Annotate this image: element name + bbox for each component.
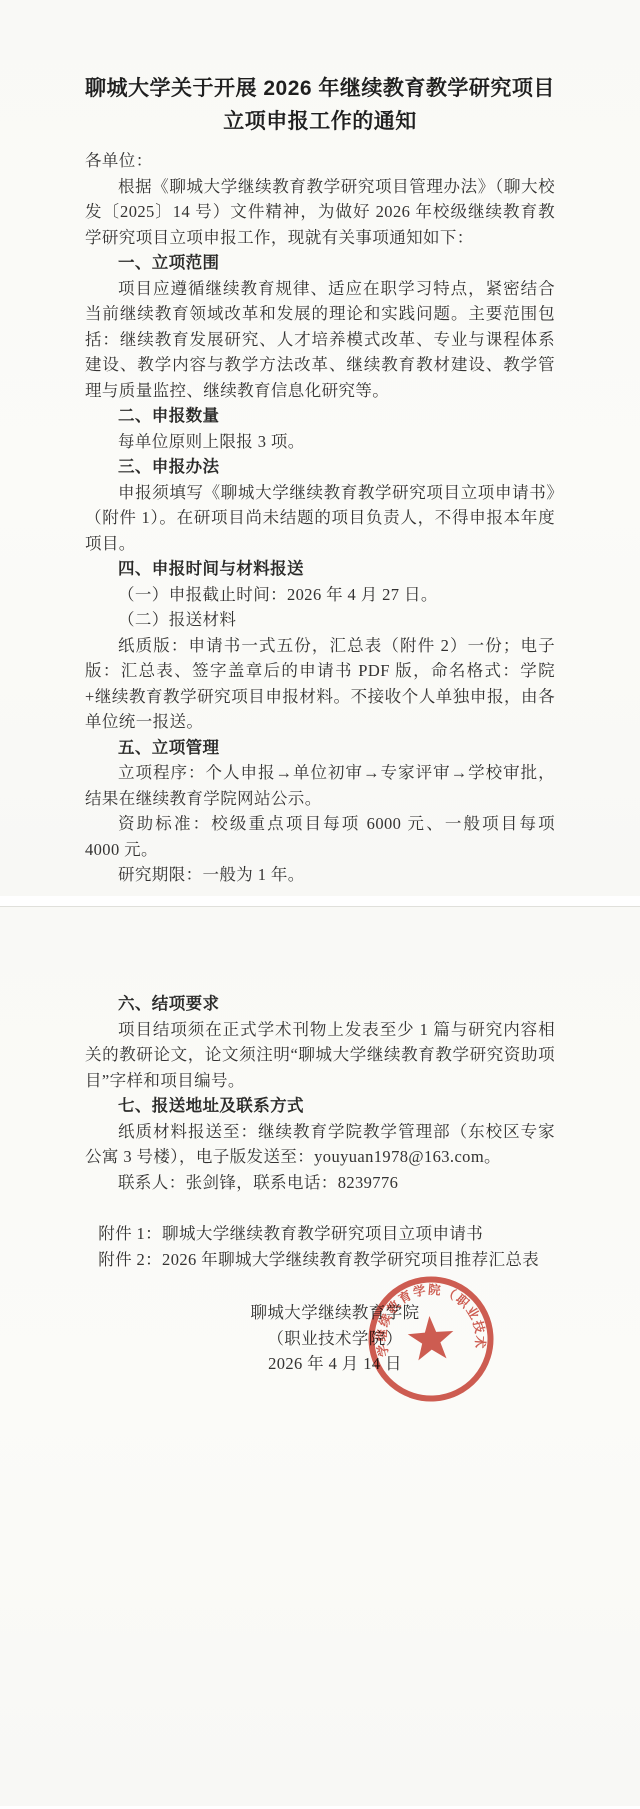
paragraph-intro: 根据《聊城大学继续教育教学研究项目管理办法》（聊大校发〔2025〕14 号）文件… — [85, 174, 555, 251]
paragraph-scope: 项目应遵循继续教育规律、适应在职学习特点，紧密结合当前继续教育领域改革和发展的理… — [85, 276, 555, 404]
paragraph-method: 申报须填写《聊城大学继续教育教学研究项目立项申请书》（附件 1）。在研项目尚未结… — [85, 480, 555, 557]
section-heading-3: 三、申报办法 — [85, 454, 555, 480]
section-heading-7: 七、报送地址及联系方式 — [85, 1093, 555, 1119]
paragraph-materials-detail: 纸质版：申请书一式五份，汇总表（附件 2）一份；电子版：汇总表、签字盖章后的申请… — [85, 633, 555, 735]
notice-page-2: 六、结项要求 项目结项须在正式学术刊物上发表至少 1 篇与研究内容相关的教研论文… — [0, 906, 640, 1806]
paragraph-contact: 联系人：张剑锋，联系电话：8239776 — [85, 1170, 555, 1196]
signature-block: 聊城大学继续教育学院 （职业技术学院） 2026 年 4 月 14 日 — [220, 1300, 450, 1377]
paragraph-duration: 研究期限：一般为 1 年。 — [85, 862, 555, 888]
page-title-line-2: 立项申报工作的通知 — [85, 105, 555, 138]
section-heading-6: 六、结项要求 — [85, 991, 555, 1017]
section-heading-2: 二、申报数量 — [85, 403, 555, 429]
document-scan: 聊城大学关于开展 2026 年继续教育教学研究项目 立项申报工作的通知 各单位：… — [0, 0, 640, 1809]
paragraph-funding: 资助标准：校级重点项目每项 6000 元、一般项目每项 4000 元。 — [85, 811, 555, 862]
page-2-body: 六、结项要求 项目结项须在正式学术刊物上发表至少 1 篇与研究内容相关的教研论文… — [85, 991, 555, 1195]
paragraph-quantity: 每单位原则上限报 3 项。 — [85, 429, 555, 455]
paragraph-address: 纸质材料报送至：继续教育学院教学管理部（东校区专家公寓 3 号楼），电子版发送至… — [85, 1119, 555, 1170]
paragraph-completion: 项目结项须在正式学术刊物上发表至少 1 篇与研究内容相关的教研论文，论文须注明“… — [85, 1017, 555, 1094]
section-heading-1: 一、立项范围 — [85, 250, 555, 276]
signature-org-sub: （职业技术学院） — [220, 1326, 450, 1352]
section-heading-4: 四、申报时间与材料报送 — [85, 556, 555, 582]
page-title-line-1: 聊城大学关于开展 2026 年继续教育教学研究项目 — [85, 72, 555, 105]
attachment-line-2: 附件 2：2026 年聊城大学继续教育教学研究项目推荐汇总表 — [85, 1247, 555, 1273]
attachments-list: 附件 1：聊城大学继续教育教学研究项目立项申请书 附件 2：2026 年聊城大学… — [85, 1221, 555, 1272]
signature-org: 聊城大学继续教育学院 — [220, 1300, 450, 1326]
attachment-line-1: 附件 1：聊城大学继续教育教学研究项目立项申请书 — [85, 1221, 555, 1247]
page-1-content: 聊城大学关于开展 2026 年继续教育教学研究项目 立项申报工作的通知 各单位：… — [0, 72, 640, 888]
page-1-body: 各单位： 根据《聊城大学继续教育教学研究项目管理办法》（聊大校发〔2025〕14… — [85, 148, 555, 888]
paragraph-materials-label: （二）报送材料 — [85, 607, 555, 633]
salutation: 各单位： — [85, 148, 555, 174]
page-title: 聊城大学关于开展 2026 年继续教育教学研究项目 立项申报工作的通知 — [85, 72, 555, 138]
page-2-content: 六、结项要求 项目结项须在正式学术刊物上发表至少 1 篇与研究内容相关的教研论文… — [0, 907, 640, 1377]
paragraph-deadline: （一）申报截止时间：2026 年 4 月 27 日。 — [85, 582, 555, 608]
paragraph-procedure: 立项程序：个人申报→单位初审→专家评审→学校审批，结果在继续教育学院网站公示。 — [85, 760, 555, 811]
notice-page-1: 聊城大学关于开展 2026 年继续教育教学研究项目 立项申报工作的通知 各单位：… — [0, 0, 640, 896]
section-heading-5: 五、立项管理 — [85, 735, 555, 761]
signature-date: 2026 年 4 月 14 日 — [220, 1351, 450, 1377]
